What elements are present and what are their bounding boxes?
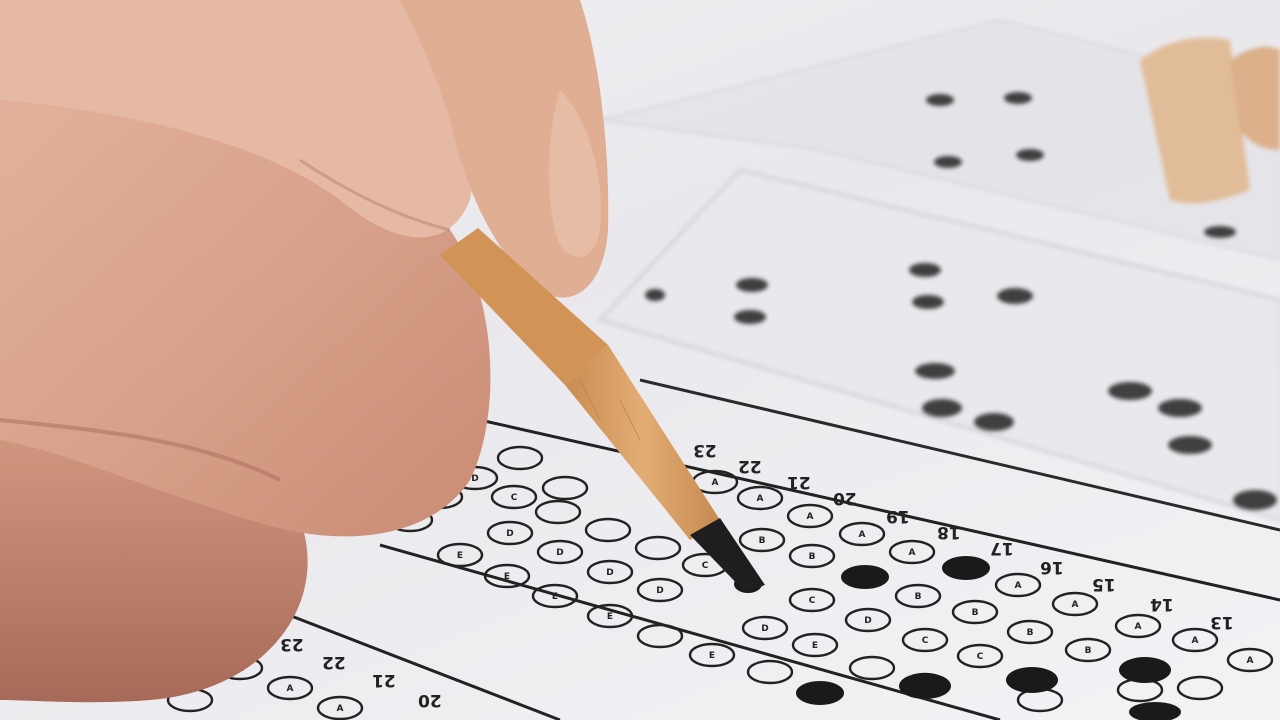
- pencil: [0, 0, 1280, 720]
- photo-scene: DE CDE DE DE AB CDE ABC DE AAD EAB CAB C…: [0, 0, 1280, 720]
